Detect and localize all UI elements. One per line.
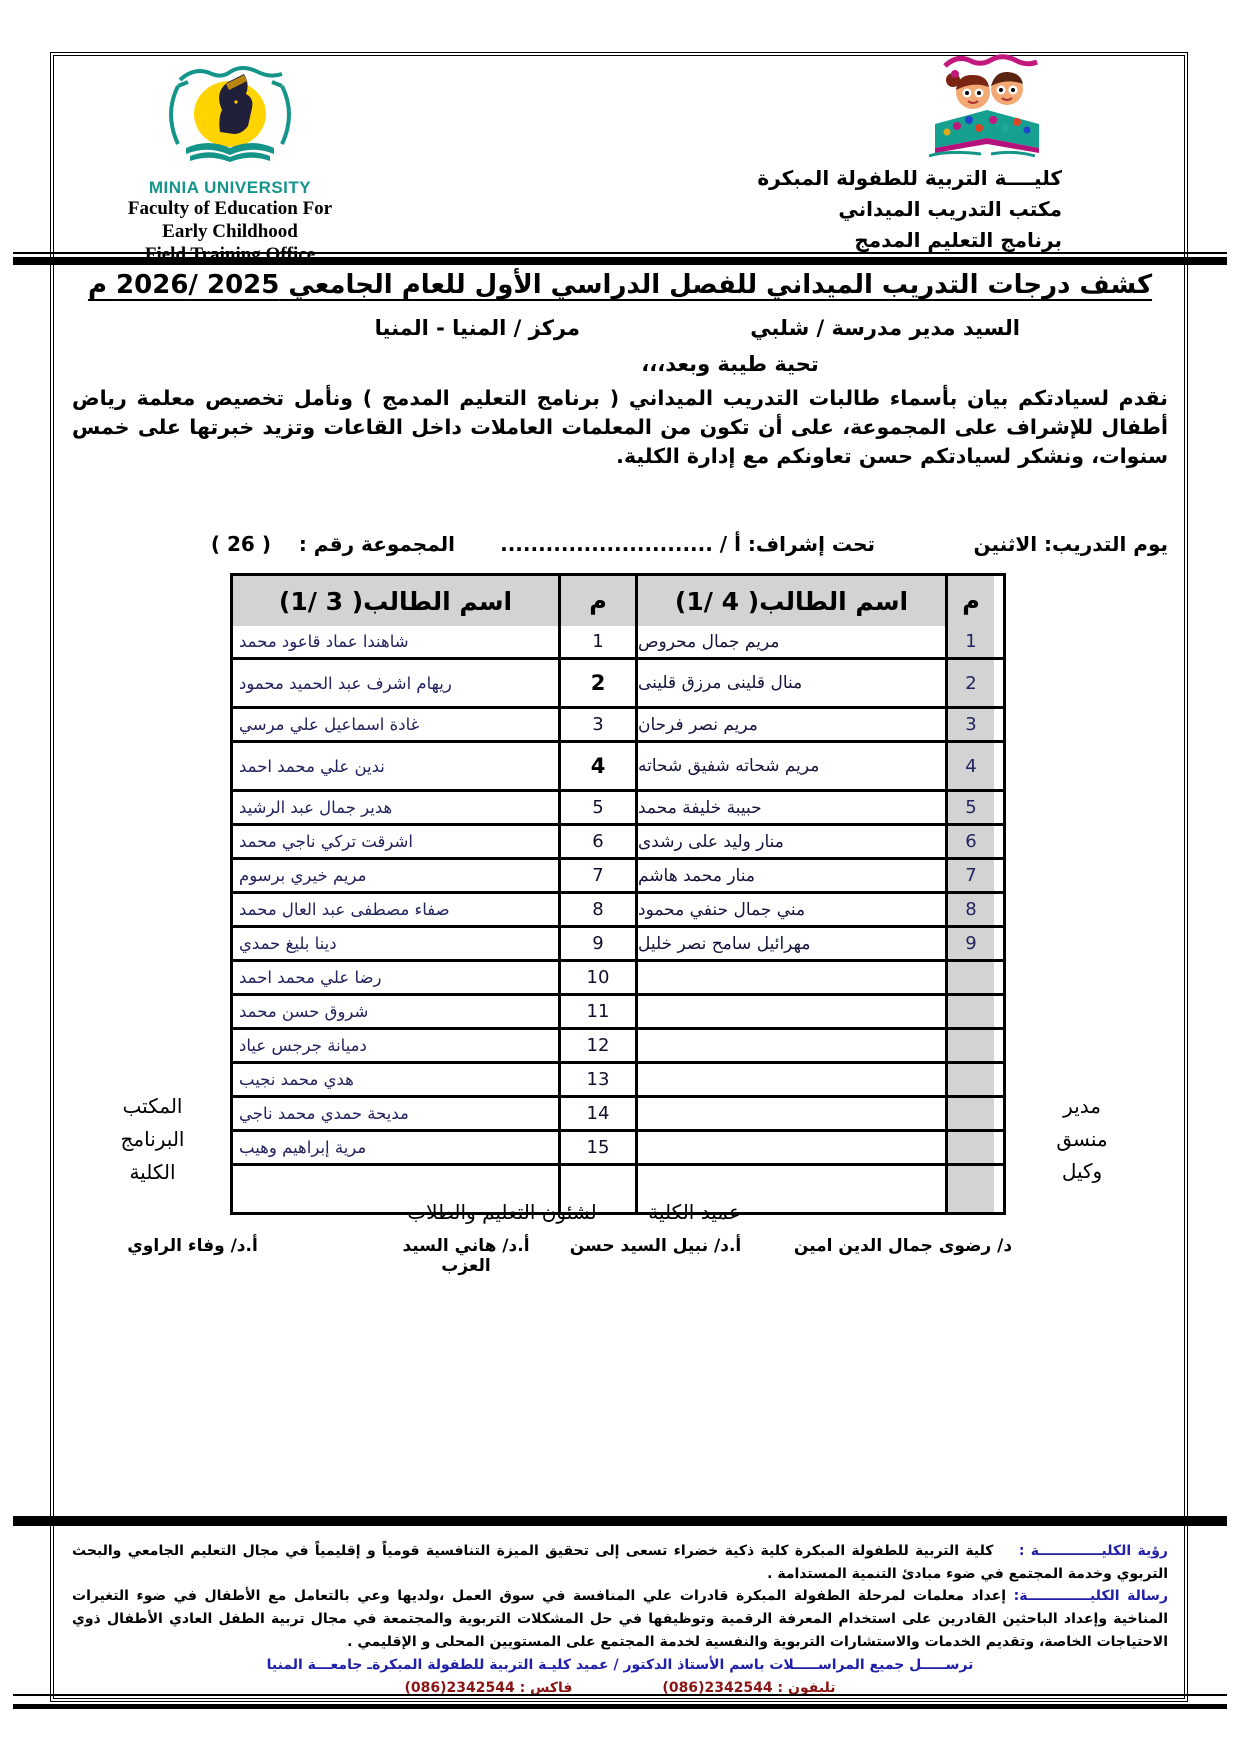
header-rule-thick — [13, 257, 1227, 265]
minia-university-caption: MINIA UNIVERSITY — [95, 178, 365, 198]
student-name-left: صفاء مصطفى عبد العال محمد — [233, 894, 558, 925]
row-number-right: 9 — [945, 928, 994, 959]
mission-label: رسالة الكليـــــــــــــة: — [1014, 1588, 1168, 1604]
row-number-right: 7 — [945, 860, 994, 891]
student-row: ريهام اشرف عبد الحميد محمود2منال قلينى م… — [233, 657, 1003, 706]
group-number: ( 26 ) — [211, 532, 271, 556]
row-number-right: 1 — [945, 626, 994, 657]
correspondence-line: ترســـــل جميع المراســـــلات باسم الأست… — [72, 1654, 1168, 1677]
signature-name-1: د/ رضوى جمال الدين امين — [793, 1236, 1013, 1256]
role-coordinator: منسق — [1040, 1127, 1124, 1151]
student-name-left: دينا بليغ حمدي — [233, 928, 558, 959]
student-name-right: منار محمد هاشم — [635, 860, 945, 891]
group-number-line: المجموعة رقم : ( 26 ) — [205, 532, 455, 556]
student-name-right — [635, 1064, 945, 1095]
signature-name-2: أ.د/ نبيل السيد حسن — [558, 1236, 753, 1256]
student-name-right: مهرائيل سامح نصر خليل — [635, 928, 945, 959]
student-row: مرية إبراهيم وهيب15 — [233, 1129, 1003, 1163]
body-paragraph: نقدم لسيادتكم بيان بأسماء طالبات التدريب… — [72, 384, 1168, 471]
student-name-left: دميانة جرجس عياد — [233, 1030, 558, 1061]
row-number-mid: 6 — [558, 826, 635, 857]
faculty-children-logo — [895, 52, 1065, 162]
role-director: مدير — [1040, 1094, 1124, 1118]
row-number-right: 5 — [945, 792, 994, 823]
row-number-right: 2 — [945, 660, 994, 706]
student-name-right — [635, 1098, 945, 1129]
row-number-right — [945, 1098, 994, 1129]
greeting-line: تحية طيبة وبعد،،، — [570, 352, 890, 376]
faculty-name-line: كليــــة التربية للطفولة المبكرة — [732, 163, 1062, 194]
student-name-right: مريم شحاته شفيق شحاته — [635, 743, 945, 789]
row-number-mid: 14 — [558, 1098, 635, 1129]
supervisor-dots: ............................ — [500, 532, 713, 556]
student-name-left: مريم خيري برسوم — [233, 860, 558, 891]
student-row: هدي محمد نجيب13 — [233, 1061, 1003, 1095]
header-mid-num: م — [558, 576, 635, 626]
dean-label: عميد الكلية — [632, 1200, 757, 1224]
student-name-right — [635, 996, 945, 1027]
student-row: صفاء مصطفى عبد العال محمد8مني جمال حنفي … — [233, 891, 1003, 925]
students-table: اسم الطالب( 3 /1) م اسم الطالب( 4 /1) م … — [230, 573, 1006, 1215]
student-name-left: هدي محمد نجيب — [233, 1064, 558, 1095]
student-name-left: شروق حسن محمد — [233, 996, 558, 1027]
row-number-mid: 8 — [558, 894, 635, 925]
student-name-right: مني جمال حنفي محمود — [635, 894, 945, 925]
bottom-rule-thick — [13, 1704, 1227, 1709]
training-day: يوم التدريب: الاثنين — [890, 532, 1168, 556]
table-header-row: اسم الطالب( 3 /1) م اسم الطالب( 4 /1) م — [233, 576, 1003, 626]
row-number-mid: 13 — [558, 1064, 635, 1095]
addressee-center: مركز / المنيا - المنيا — [345, 316, 580, 340]
student-row: دميانة جرجس عياد12 — [233, 1027, 1003, 1061]
row-number-mid: 2 — [558, 660, 635, 706]
signature-name-3: أ.د/ هاني السيد العزب — [376, 1236, 556, 1276]
student-row: مديحة حمدي محمد ناجي14 — [233, 1095, 1003, 1129]
row-number-right — [945, 1166, 994, 1212]
faculty-english-line-2: Early Childhood — [95, 221, 365, 244]
mission-text: إعداد معلمات لمرحلة الطفولة المبكرة قادر… — [72, 1588, 1168, 1649]
row-number-mid: 11 — [558, 996, 635, 1027]
student-name-right: منار وليد على رشدى — [635, 826, 945, 857]
minia-university-logo — [150, 62, 310, 174]
table-body: شاهندا عماد قاعود محمد1مريم جمال محروص1ر… — [233, 626, 1003, 1212]
student-name-left: مرية إبراهيم وهيب — [233, 1132, 558, 1163]
student-name-right: حبيبة خليفة محمد — [635, 792, 945, 823]
row-number-right: 8 — [945, 894, 994, 925]
row-number-mid: 12 — [558, 1030, 635, 1061]
student-name-left: اشرقت تركي ناجي محمد — [233, 826, 558, 857]
header-rule-thin — [13, 252, 1227, 254]
row-number-right — [945, 996, 994, 1027]
row-number-mid: 5 — [558, 792, 635, 823]
vision-text: كلية التربية للطفولة المبكرة كلية ذكية خ… — [72, 1543, 1168, 1582]
student-affairs-label: لشئون التعليم والطلاب — [382, 1200, 622, 1224]
document-title: كشف درجات التدريب الميداني للفصل الدراسي… — [80, 270, 1160, 300]
student-name-right — [635, 962, 945, 993]
row-number-mid: 4 — [558, 743, 635, 789]
row-number-right: 4 — [945, 743, 994, 789]
bottom-rule-thin — [13, 1694, 1227, 1696]
vision-label: رؤية الكليـــــــــــــة : — [1019, 1543, 1168, 1559]
row-number-mid: 9 — [558, 928, 635, 959]
phone-fax-line: تليفون : 2342544(086)فاكس : 2342544(086) — [72, 1677, 1168, 1700]
faculty-arabic-header: كليــــة التربية للطفولة المبكرة مكتب ال… — [732, 163, 1062, 256]
row-number-mid: 10 — [558, 962, 635, 993]
student-name-left: ندين علي محمد احمد — [233, 743, 558, 789]
student-name-right: مريم جمال محروص — [635, 626, 945, 657]
document-page: MINIA UNIVERSITY Faculty of Education Fo… — [0, 0, 1240, 1754]
student-name-left: مديحة حمدي محمد ناجي — [233, 1098, 558, 1129]
field-training-office-line: مكتب التدريب الميداني — [732, 194, 1062, 225]
supervisor-line: تحت إشراف: أ / .........................… — [455, 532, 875, 556]
vision-paragraph: رؤية الكليـــــــــــــة : كلية التربية … — [72, 1540, 1168, 1585]
student-row: شاهندا عماد قاعود محمد1مريم جمال محروص1 — [233, 626, 1003, 657]
row-number-mid: 7 — [558, 860, 635, 891]
row-number-mid: 15 — [558, 1132, 635, 1163]
student-name-left: غادة اسماعيل علي مرسي — [233, 709, 558, 740]
header-right-num: م — [945, 576, 994, 626]
student-name-left: هدير جمال عبد الرشيد — [233, 792, 558, 823]
group-label: المجموعة رقم : — [299, 532, 455, 556]
header-right-class-name: اسم الطالب( 4 /1) — [635, 576, 945, 626]
signature-name-4: أ.د/ وفاء الراوي — [110, 1236, 275, 1256]
student-row: رضا علي محمد احمد10 — [233, 959, 1003, 993]
row-number-right — [945, 962, 994, 993]
role-program: البرنامج — [105, 1127, 200, 1151]
student-row: مريم خيري برسوم7منار محمد هاشم7 — [233, 857, 1003, 891]
row-number-right — [945, 1064, 994, 1095]
student-name-right: منال قلينى مرزق قلينى — [635, 660, 945, 706]
student-name-left: رضا علي محمد احمد — [233, 962, 558, 993]
row-number-mid: 1 — [558, 626, 635, 657]
addressee-school: السيد مدير مدرسة / شلبي — [730, 316, 1020, 340]
student-name-right: مريم نصر فرحان — [635, 709, 945, 740]
student-row: ندين علي محمد احمد4مريم شحاته شفيق شحاته… — [233, 740, 1003, 789]
faculty-english-line-1: Faculty of Education For — [95, 198, 365, 221]
student-row: دينا بليغ حمدي9مهرائيل سامح نصر خليل9 — [233, 925, 1003, 959]
student-name-left: ريهام اشرف عبد الحميد محمود — [233, 660, 558, 706]
student-name-right — [635, 1132, 945, 1163]
role-vice-dean: وكيل — [1040, 1159, 1124, 1183]
student-row: اشرقت تركي ناجي محمد6منار وليد على رشدى6 — [233, 823, 1003, 857]
student-row: شروق حسن محمد11 — [233, 993, 1003, 1027]
row-number-mid: 3 — [558, 709, 635, 740]
footer-rule-thick — [13, 1516, 1227, 1526]
header-left-class-name: اسم الطالب( 3 /1) — [233, 576, 558, 626]
student-name-left: شاهندا عماد قاعود محمد — [233, 626, 558, 657]
student-row: غادة اسماعيل علي مرسي3مريم نصر فرحان3 — [233, 706, 1003, 740]
row-number-right — [945, 1132, 994, 1163]
role-office: المكتب — [105, 1094, 200, 1118]
row-number-right: 3 — [945, 709, 994, 740]
role-college: الكلية — [105, 1160, 200, 1184]
row-number-right — [945, 1030, 994, 1061]
row-number-right: 6 — [945, 826, 994, 857]
minia-university-logo-block: MINIA UNIVERSITY Faculty of Education Fo… — [95, 62, 365, 266]
mission-paragraph: رسالة الكليـــــــــــــة: إعداد معلمات … — [72, 1585, 1168, 1653]
student-row: هدير جمال عبد الرشيد5حبيبة خليفة محمد5 — [233, 789, 1003, 823]
student-name-right — [635, 1030, 945, 1061]
footer-block: رؤية الكليـــــــــــــة : كلية التربية … — [72, 1540, 1168, 1700]
supervisor-label: تحت إشراف: أ / — [720, 532, 875, 556]
